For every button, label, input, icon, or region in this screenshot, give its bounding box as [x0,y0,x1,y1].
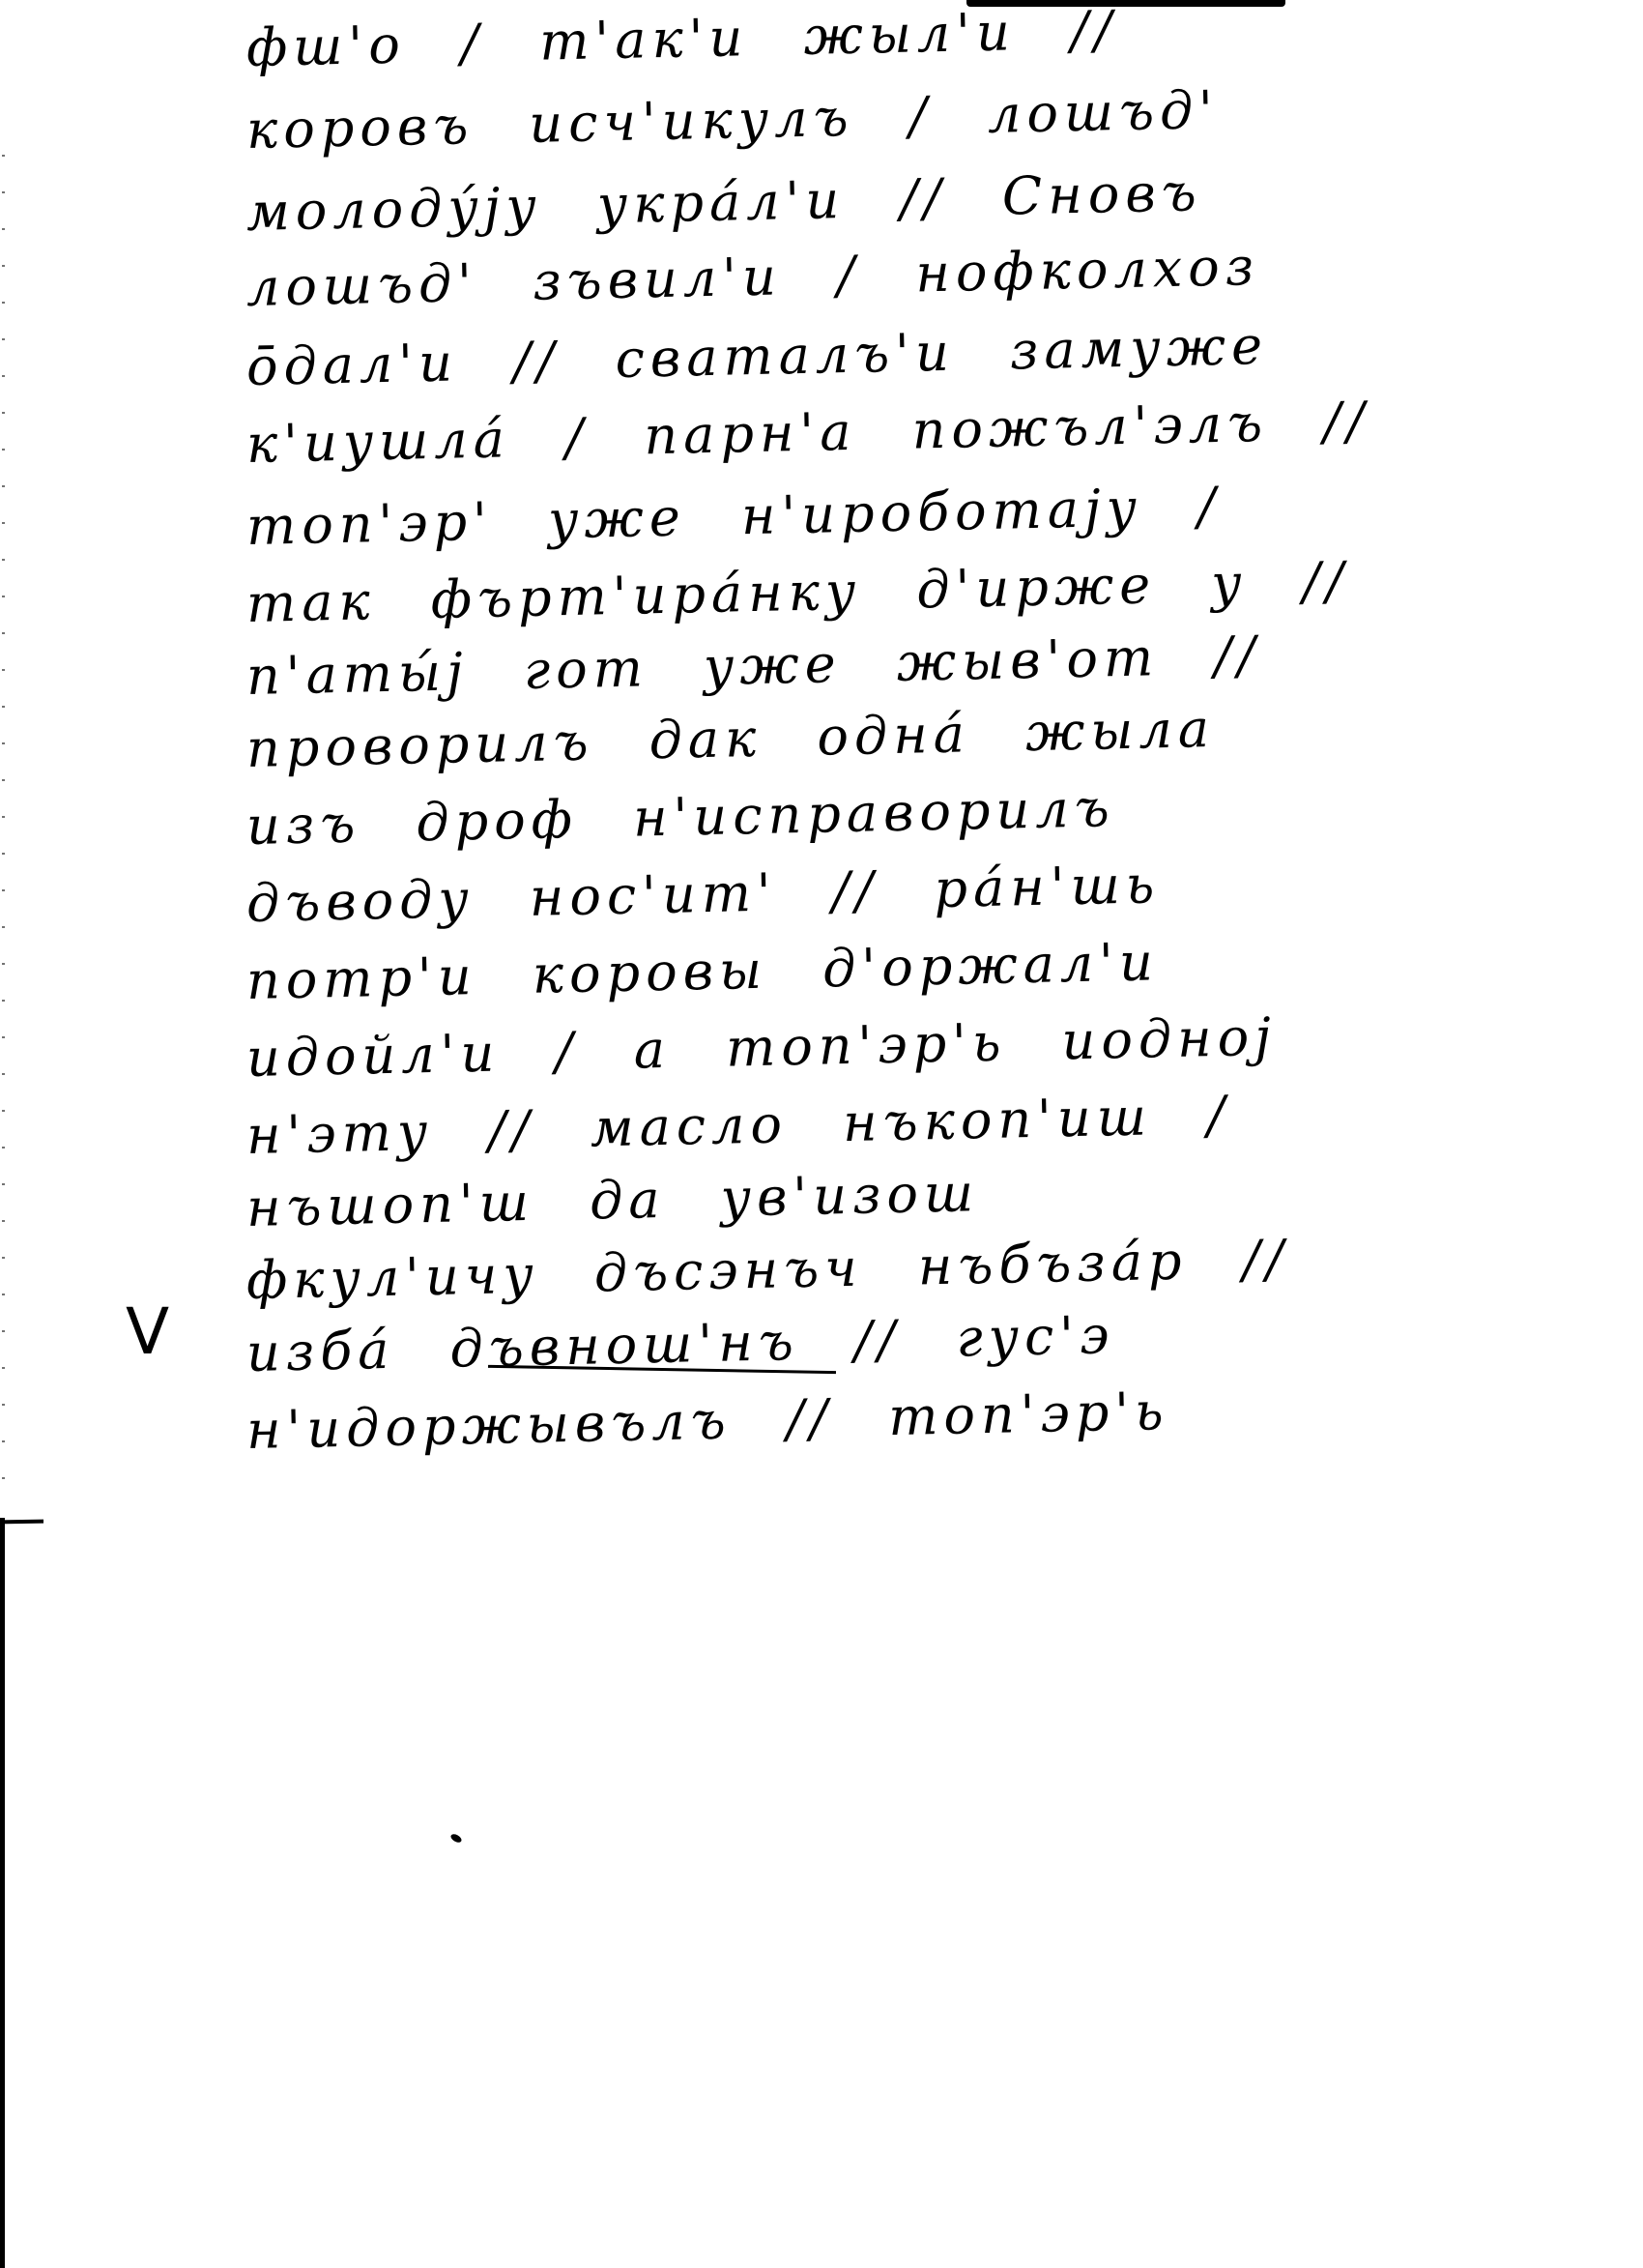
text-line-18-full: изба́ дъвнош'нъ // гус'э [245,1304,1115,1383]
scan-edge-left-tick [0,1520,43,1525]
ink-speck [449,1832,463,1844]
text-line-2: коровъ исч'икулъ / лошъд' [245,70,1290,169]
scanned-page: V фш'о / т'ак'и жыл'и // коровъ исч'икул… [0,0,1643,2268]
margin-checkmark: V [126,1300,169,1364]
scan-edge-left [0,1518,5,2268]
scan-edge-left-specks [2,155,5,1508]
